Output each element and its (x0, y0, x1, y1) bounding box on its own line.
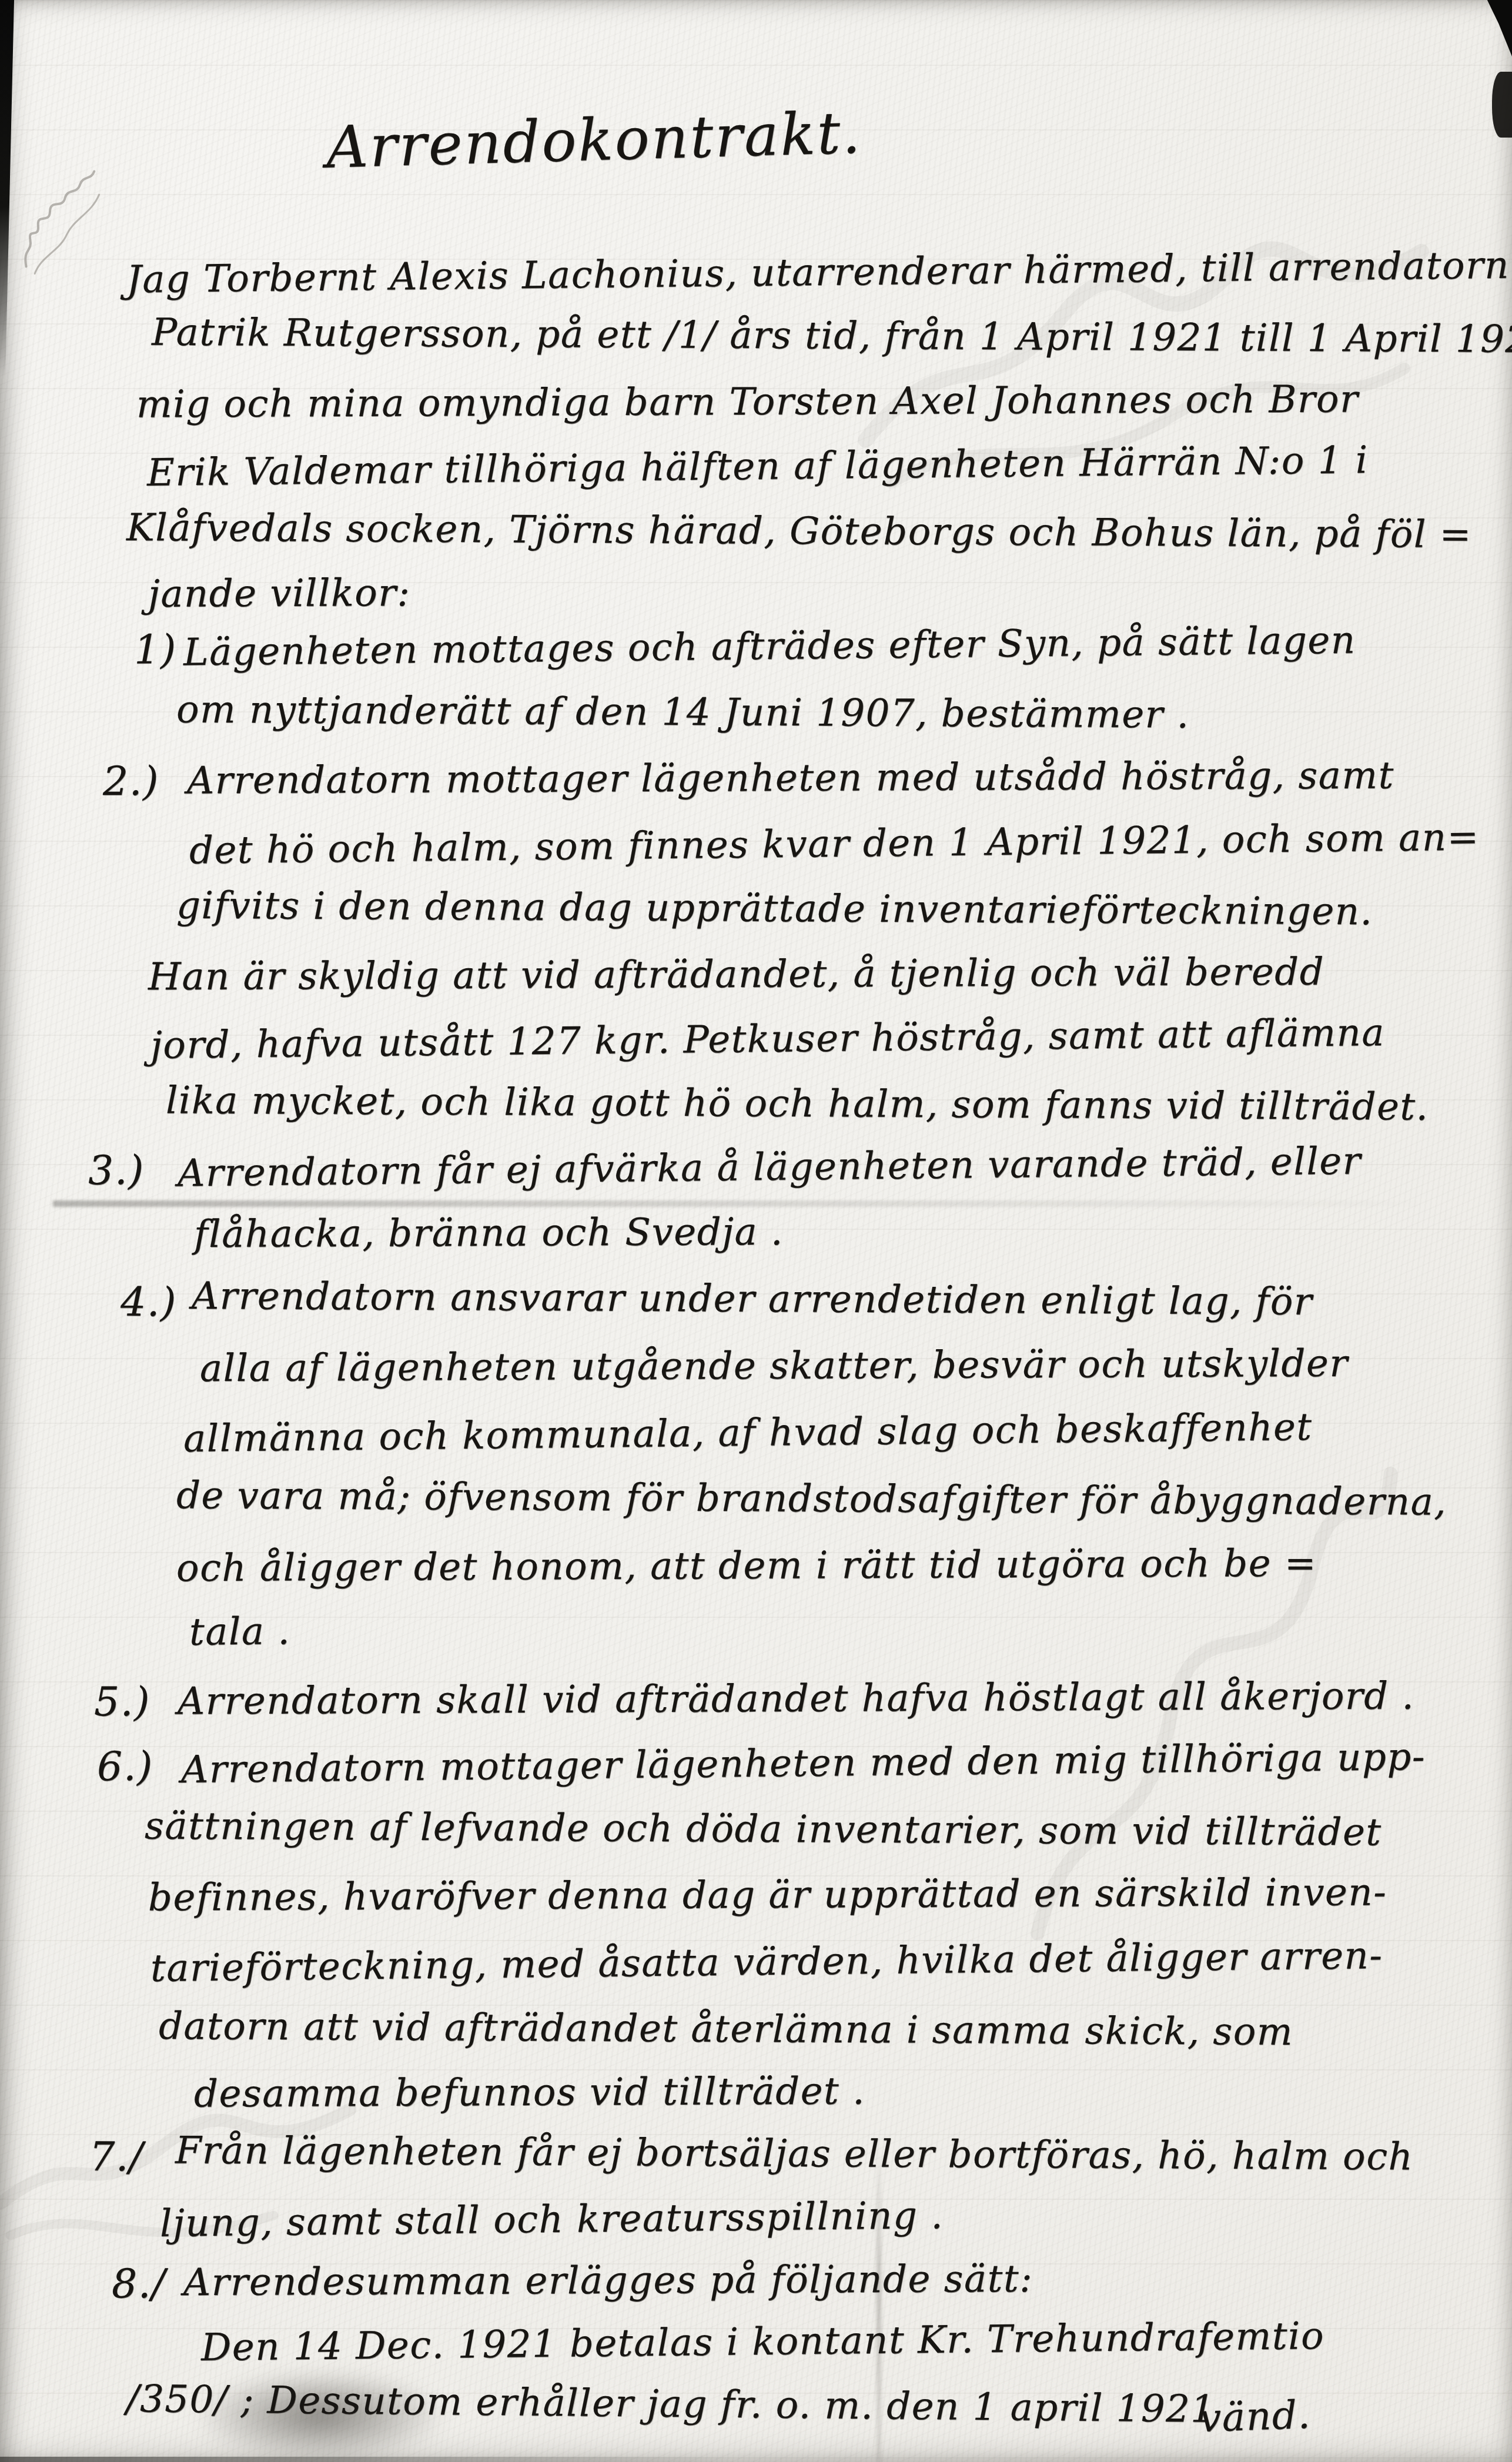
intro-line-3: mig och mina omyndiga barn Torsten Axel … (136, 380, 1359, 423)
intro-line-1: Jag Torbernt Alexis Lachonius, utarrende… (126, 247, 1510, 299)
scan-crease-horizontal (53, 1200, 1429, 1207)
clause-4-line-5: och åligger det honom, att dem i rätt ti… (176, 1545, 1317, 1587)
clause-6-line-1: Arrendatorn mottager lägenheten med den … (181, 1738, 1426, 1789)
clause-4-line-3: allmänna och kommunala, af hvad slag och… (183, 1409, 1313, 1458)
clause-8-line-2: Den 14 Dec. 1921 betalas i kontant Kr. T… (201, 2317, 1325, 2367)
scan-edge-right-blob (1492, 72, 1512, 138)
clause-4-line-2: alla af lägenheten utgående skatter, bes… (200, 1345, 1349, 1388)
pencil-annotation-scribble (0, 152, 135, 289)
clause-4-line-4: de vara må; öfvensom för brandstodsafgif… (176, 1477, 1447, 1521)
clause-2-line-5: jord, hafva utsått 127 kgr. Petkuser hös… (150, 1014, 1385, 1065)
clause-3-number: 3.) (88, 1150, 145, 1191)
clause-6-line-6: desamma befunnos vid tillträdet . (194, 2073, 865, 2113)
clause-1-number: 1) (134, 630, 178, 671)
clause-6-line-2: sättningen af lefvande och döda inventar… (145, 1807, 1382, 1851)
clause-2-line-3: gifvits i den denna dag upprättade inven… (176, 887, 1373, 931)
clause-4-line-6: tala . (189, 1613, 291, 1651)
scanned-document-page: Arrendokontrakt. Jag Torbernt Alexis Lac… (0, 0, 1512, 2462)
document-title: Arrendokontrakt. (326, 104, 863, 176)
clause-2-number: 2.) (103, 762, 159, 802)
clause-2-line-4: Han är skyldig att vid afträdandet, å tj… (148, 954, 1324, 996)
clause-2-line-6: lika mycket, och lika gott hö och halm, … (166, 1082, 1429, 1126)
clause-1-line-1: Lägenheten mottages och afträdes efter S… (183, 622, 1356, 672)
clause-6-line-4: tarieförteckning, med åsatta värden, hvi… (150, 1937, 1383, 1988)
scan-edge-bottom-line (0, 2457, 735, 2462)
intro-line-4: Erik Valdemar tillhöriga hälften af läge… (147, 441, 1369, 492)
clause-6-line-5: datorn att vid afträdandet återlämna i s… (159, 2008, 1293, 2051)
scan-corner-top-right (1480, 0, 1512, 56)
clause-7-line-2: ljung, samt stall och kreatursspillning … (160, 2197, 944, 2243)
clause-5-number: 5.) (94, 1682, 150, 1722)
clause-2-line-1: Arrendatorn mottager lägenheten med utså… (187, 757, 1394, 800)
clause-5-line-1: Arrendatorn skall vid afträdandet hafva … (178, 1677, 1415, 1720)
clause-4-line-1: Arrendatorn ansvarar under arrendetiden … (192, 1277, 1313, 1321)
clause-4-number: 4.) (121, 1283, 177, 1323)
clause-3-line-1: Arrendatorn får ej afvärka å lägenheten … (178, 1142, 1362, 1192)
turn-page-note: vänd. (1199, 2396, 1312, 2438)
clause-6-number: 6.) (97, 1747, 154, 1787)
scan-edge-left-sliver (0, 0, 14, 376)
clause-8-line-3: /350/ ; Dessutom erhåller jag fr. o. m. … (126, 2380, 1216, 2428)
intro-line-2: Patrik Rutgersson, på ett /1/ års tid, f… (152, 314, 1512, 359)
intro-line-6: jande villkor: (148, 574, 411, 613)
intro-line-5: Klåfvedals socken, Tjörns härad, Götebor… (126, 509, 1472, 554)
clause-8-line-1: Arrendesumman erlägges på följande sätt: (183, 2260, 1033, 2302)
clause-8-number: 8./ (112, 2264, 166, 2304)
clause-1-line-2: om nyttjanderätt af den 14 Juni 1907, be… (176, 691, 1190, 734)
clause-6-line-3: befinnes, hvaröfver denna dag är upprätt… (148, 1874, 1387, 1916)
clause-3-line-2: flåhacka, bränna och Svedja . (194, 1213, 784, 1253)
clause-7-line-1: Från lägenheten får ej bortsäljas eller … (175, 2132, 1414, 2176)
clause-2-line-2: det hö och halm, som finnes kvar den 1 A… (189, 819, 1480, 870)
clause-7-number: 7./ (89, 2137, 144, 2177)
